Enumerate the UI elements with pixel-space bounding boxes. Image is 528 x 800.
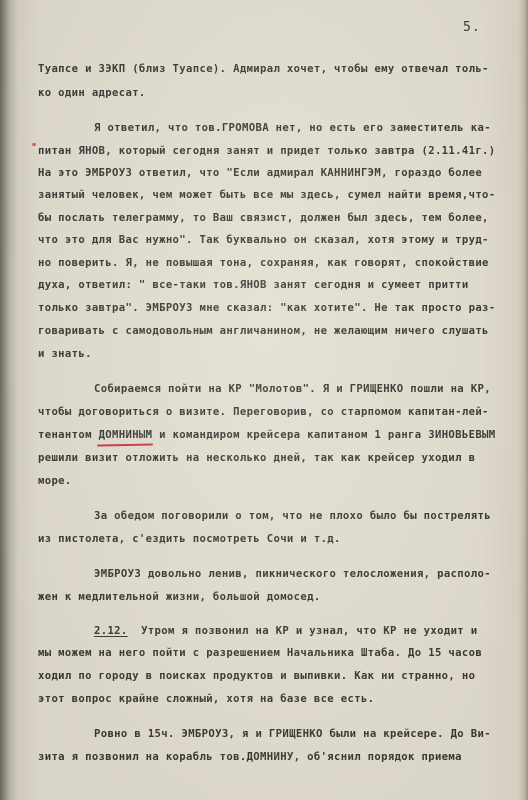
text-line: жен к медлительной жизни, большой домосе…	[38, 590, 321, 604]
page-number: 5.	[463, 20, 481, 35]
text-line: мы можем на него пойти с разрешением Нач…	[38, 646, 482, 660]
text-line: духа, ответил: " все-таки тов.ЯНОВ занят…	[38, 278, 469, 292]
text-line: Туапсе и ЗЭКП (близ Туапсе). Адмирал хоч…	[38, 62, 489, 76]
text-line: только завтра". ЭМБРОУЗ мне сказал: "как…	[38, 301, 496, 315]
text-fragment: Утром я позвонил на КР и узнал, что КР н…	[128, 625, 478, 637]
text-line: зита я позвонил на корабль тов.ДОМНИНУ, …	[38, 750, 462, 764]
text-fragment: и командиром крейсера капитаном 1 ранга …	[152, 429, 495, 441]
text-line: Собираемся пойти на КР "Молотов". Я и ГР…	[94, 382, 491, 396]
text-line: говаривать с самодовольным англичанином,…	[38, 324, 489, 338]
text-line: чтобы договориться о визите. Переговорив…	[38, 405, 489, 419]
text-line: ЭМБРОУЗ довольно ленив, пикнического тел…	[94, 567, 491, 581]
text-fragment: тенантом	[38, 429, 92, 441]
text-line: занятый человек, чем может быть все мы з…	[38, 188, 496, 202]
entry-date: 2.12.	[94, 625, 128, 637]
text-line: этот вопрос крайне сложный, хотя на базе…	[38, 692, 374, 706]
text-line: ходил по городу в поисках продуктов и вы…	[38, 669, 475, 683]
text-line: За обедом поговорили о том, что не плохо…	[94, 509, 491, 523]
text-line: решили визит отложить на несколько дней,…	[38, 451, 475, 465]
text-line: Ровно в 15ч. ЭМБРОУЗ, я и ГРИЩЕНКО были …	[94, 727, 491, 741]
red-underlined-name: ДОМНИНЫМ	[99, 429, 153, 441]
text-line: тенантом ДОМНИНЫМ и командиром крейсера …	[38, 428, 496, 442]
text-line: Я ответил, что тов.ГРОМОВА нет, но есть …	[94, 121, 491, 135]
text-line: На это ЭМБРОУЗ ответил, что "Если адмира…	[38, 166, 482, 180]
text-line: 2.12. Утром я позвонил на КР и узнал, чт…	[94, 624, 478, 638]
text-line: море.	[38, 474, 72, 488]
text-line: что это для Вас нужно". Так буквально он…	[38, 233, 489, 247]
document-page: 5. Туапсе и ЗЭКП (близ Туапсе). Адмирал …	[0, 0, 528, 800]
text-line: но поверить. Я, не повышая тона, сохраня…	[38, 256, 489, 270]
text-line: бы послать телеграмму, то Ваш связист, д…	[38, 211, 489, 225]
text-line: ко один адресат.	[38, 86, 146, 100]
text-line: из пистолета, с'ездить посмотреть Сочи и…	[38, 532, 341, 546]
red-ink-mark	[32, 143, 36, 146]
text-line: и знать.	[38, 347, 92, 361]
text-line: питан ЯНОВ, который сегодня занят и прид…	[38, 144, 496, 158]
